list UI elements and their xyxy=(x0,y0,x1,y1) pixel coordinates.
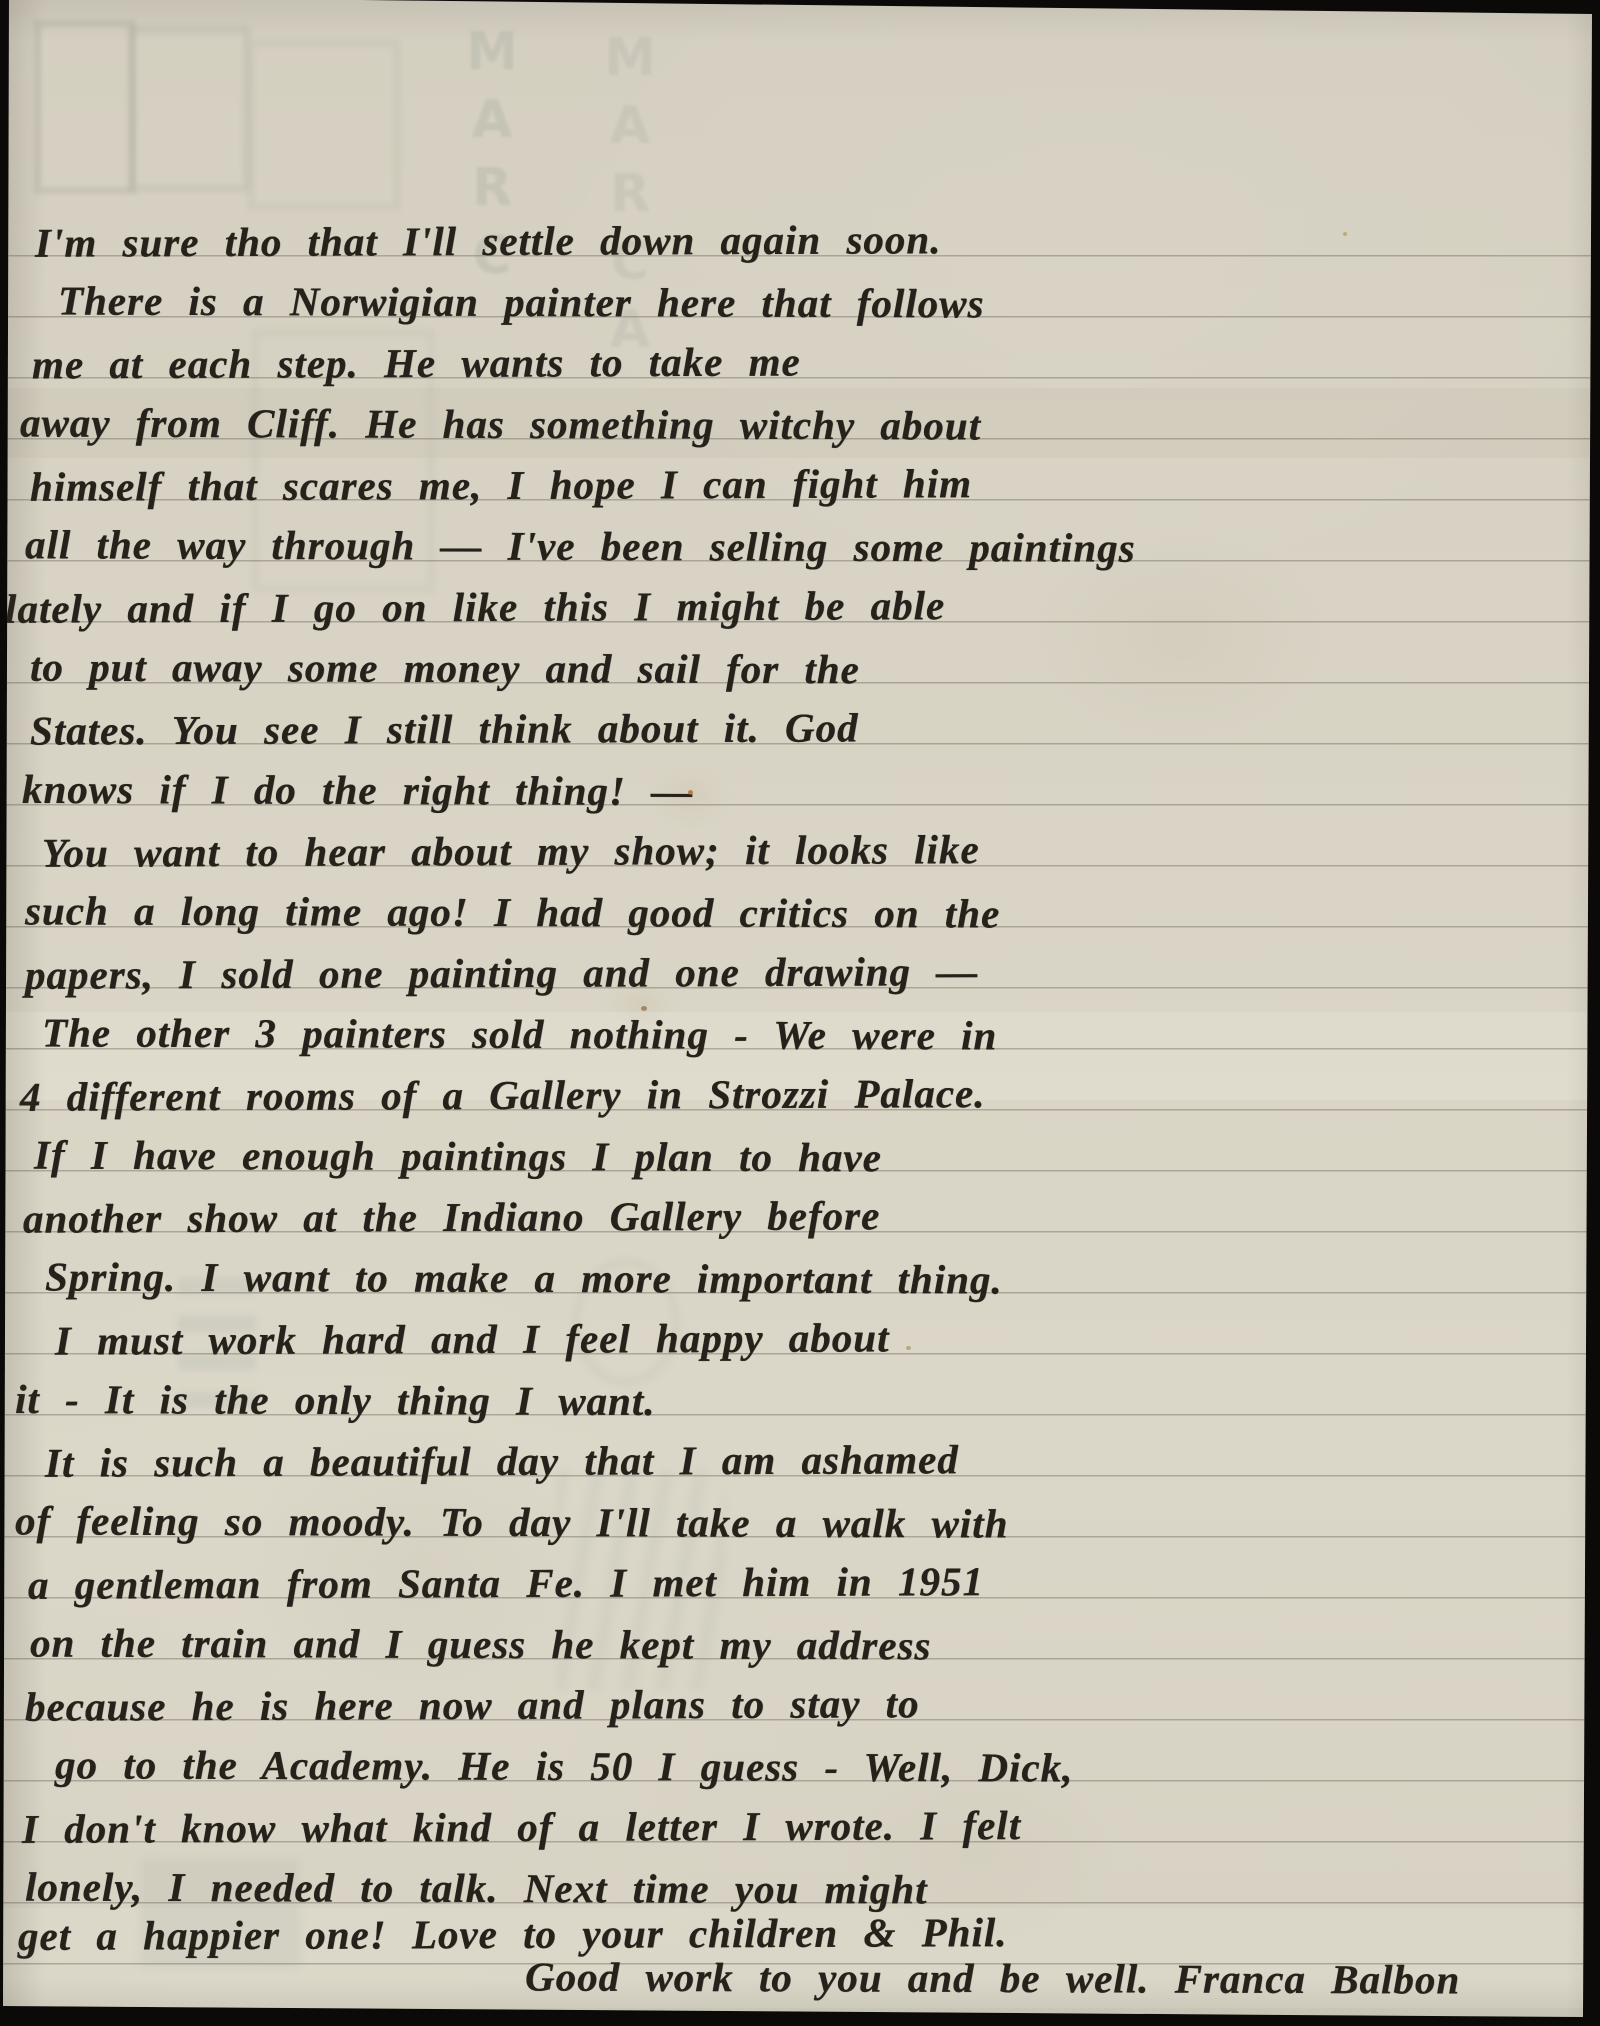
letter-line: States. You see I still think about it. … xyxy=(30,697,859,761)
letter-line: Spring. I want to make a more important … xyxy=(45,1246,1003,1310)
letter-line: on the train and I guess he kept my addr… xyxy=(30,1613,932,1677)
letter-line: It is such a beautiful day that I am ash… xyxy=(45,1429,959,1494)
letter-line: go to the Academy. He is 50 I guess - We… xyxy=(55,1734,1074,1798)
letter-line: another show at the Indiano Gallery befo… xyxy=(23,1185,880,1249)
scan-background: { "document": { "kind": "handwritten-let… xyxy=(0,0,1600,2026)
letter-line: me at each step. He wants to take me xyxy=(32,332,801,396)
letter-line: to put away some money and sail for the xyxy=(30,637,860,701)
letter-line: it - It is the only thing I want. xyxy=(15,1369,656,1432)
letter-line: away from Cliff. He has something witchy… xyxy=(20,392,981,456)
letter-line: such a long time ago! I had good critics… xyxy=(25,880,1000,944)
letter-line: papers, I sold one painting and one draw… xyxy=(25,941,978,1006)
letter-line: 4 different rooms of a Gallery in Strozz… xyxy=(20,1063,986,1128)
letter-line: If I have enough paintings I plan to hav… xyxy=(34,1125,882,1189)
letter-line: of feeling so moody. To day I'll take a … xyxy=(15,1490,1009,1554)
letter-line: lately and if I go on like this I might … xyxy=(5,575,945,640)
letter-line: The other 3 painters sold nothing - We w… xyxy=(42,1002,997,1066)
letter-text: I'm sure tho that I'll settle down again… xyxy=(0,0,1600,2026)
letter-line: There is a Norwigian painter here that f… xyxy=(58,271,985,335)
letter-line: all the way through — I've been selling … xyxy=(25,514,1136,578)
letter-line: Good work to you and be well. Franca Bal… xyxy=(525,1947,1460,2011)
letter-page: MARC MARCA I'm sure tho that I'll settle… xyxy=(0,0,1600,2026)
letter-line: You want to hear about my show; it looks… xyxy=(42,819,980,884)
letter-line: knows if I do the right thing! — xyxy=(22,759,693,822)
letter-scan: MARC MARCA I'm sure tho that I'll settle… xyxy=(0,0,1600,2026)
letter-line: I must work hard and I feel happy about xyxy=(55,1307,890,1371)
letter-line: himself that scares me, I hope I can fig… xyxy=(30,453,972,518)
letter-line: because he is here now and plans to stay… xyxy=(25,1673,920,1737)
letter-line: I don't know what kind of a letter I wro… xyxy=(22,1795,1021,1860)
letter-line: I'm sure tho that I'll settle down again… xyxy=(35,209,942,273)
letter-line: a gentleman from Santa Fe. I met him in … xyxy=(28,1551,984,1616)
